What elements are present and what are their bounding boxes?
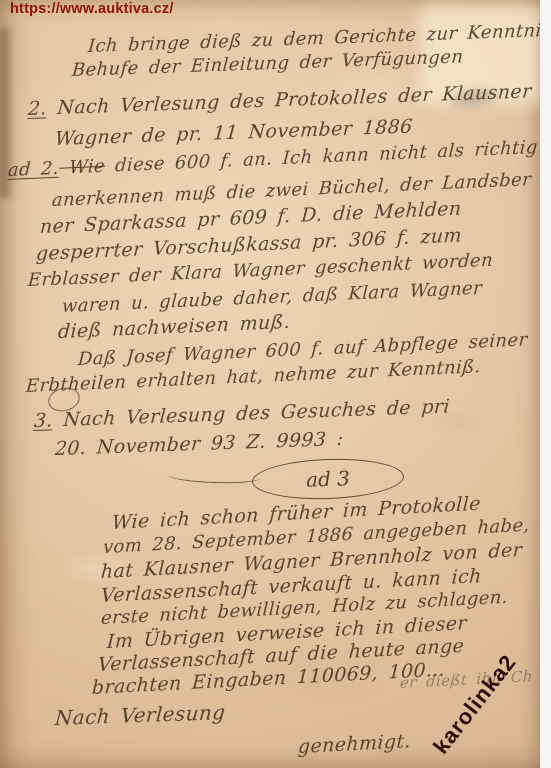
handwritten-line: 3. Nach Verlesung des Gesuches de pri <box>33 395 450 432</box>
paper-sheet: https://www.auktiva.cz/ Ich bringe dieß … <box>0 0 541 768</box>
auktiva-url-watermark: https://www.auktiva.cz/ <box>10 1 174 17</box>
scanned-document-page: https://www.auktiva.cz/ Ich bringe dieß … <box>0 0 551 768</box>
ink-swash <box>168 468 260 484</box>
handwritten-line: Nach Verlesung <box>54 700 226 730</box>
ad3-ellipse: ad 3 <box>251 456 404 501</box>
ad3-label: ad 3 <box>306 466 351 492</box>
scanner-background-strip <box>540 0 551 768</box>
handwritten-line: genehmigt. <box>297 730 411 758</box>
handwritten-line: 20. November 93 Z. 9993 : <box>54 428 344 460</box>
handwritten-line: 2. Nach Verlesung des Protokolles der Kl… <box>27 80 532 120</box>
